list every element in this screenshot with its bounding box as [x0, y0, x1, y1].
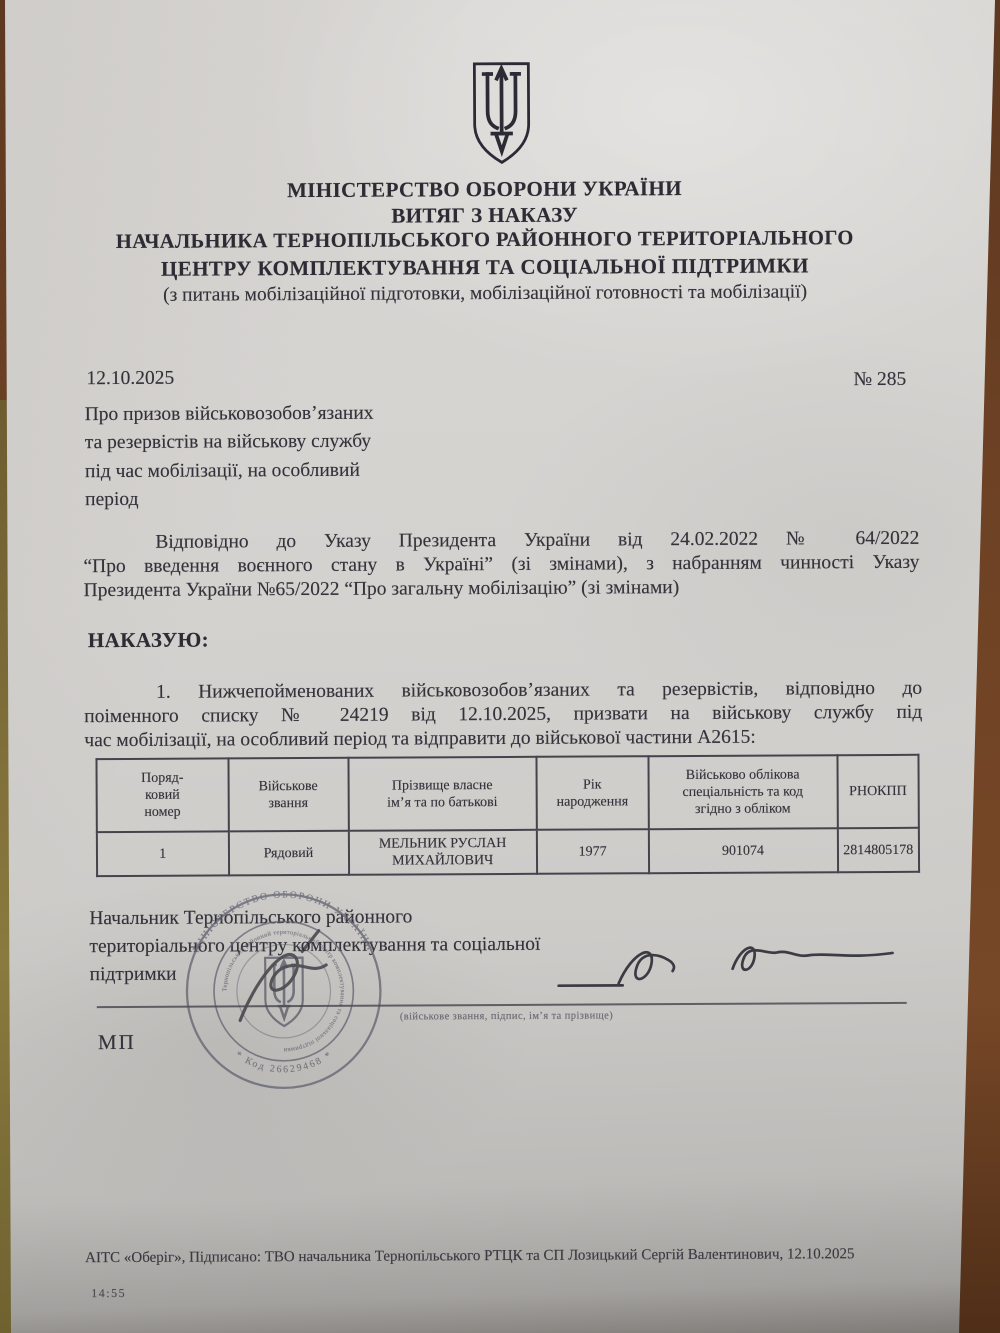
cell-birth-year: 1977 [537, 829, 649, 874]
authority-title-line2: ЦЕНТРУ КОМПЛЕКТУВАННЯ ТА СОЦІАЛЬНОЇ ПІДТ… [0, 253, 972, 283]
col-header-name: Прізвище власне ім’я та по батькові [348, 757, 537, 831]
col-header-specialty: Військово облікова спеціальність та код … [648, 755, 837, 829]
subject-line: та резервістів на військову службу [85, 428, 455, 458]
preamble-line: Президента України №65/2022 “Про загальн… [84, 574, 920, 602]
subject-line: під час мобілізації, на особливий [85, 456, 455, 486]
cell-rank: Рядовий [228, 831, 348, 876]
subject-block: Про призов військовозобов’язаних та резе… [85, 399, 456, 515]
item1-line: поіменного списку № 24219 від 12.10.2025… [84, 701, 922, 729]
doc-type-title: ВИТЯГ З НАКАЗУ [0, 201, 972, 231]
authority-title-line1: НАЧАЛЬНИКА ТЕРНОПІЛЬСЬКОГО РАЙОННОГО ТЕР… [0, 227, 972, 255]
col-header-rank: Військове звання [228, 758, 348, 832]
col-header-rnokpp: РНОКПП [837, 755, 919, 828]
preamble-line: “Про введення воєнного стану в Україні” … [83, 551, 919, 579]
ukraine-trident-emblem [468, 60, 536, 168]
item1-line: час мобілізації, на особливий період та … [84, 724, 922, 752]
round-seal-stamp: МІНІСТЕРСТВО ОБОРОНИ УКРАЇНИ * Код 26629… [179, 887, 388, 1096]
signature-scrawl [554, 938, 898, 1012]
order-word: НАКАЗУЮ: [88, 628, 209, 654]
order-extract-document: МІНІСТЕРСТВО ОБОРОНИ УКРАЇНИ ВИТЯГ З НАК… [0, 0, 1000, 1333]
seal-place-mark: МП [98, 1030, 136, 1055]
preamble-paragraph: Відповідно до Указу Президента України в… [83, 527, 919, 603]
order-number: № 285 [853, 369, 906, 391]
subject-line: період [85, 484, 455, 514]
col-header-birth-year: Рік народження [536, 756, 648, 830]
subject-line: Про призов військовозобов’язаних [85, 399, 455, 429]
trident-icon [468, 60, 536, 168]
signature-caption: (військове звання, підпис, ім’я та прізв… [400, 1010, 613, 1022]
conscripts-table: Поряд- ковий номер Військове звання Пріз… [95, 754, 920, 877]
document-photo: МІНІСТЕРСТВО ОБОРОНИ УКРАЇНИ ВИТЯГ З НАК… [0, 0, 1000, 1333]
scope-note: (з питань мобілізаційної підготовки, моб… [0, 281, 972, 308]
col-header-index: Поряд- ковий номер [96, 758, 228, 832]
ministry-title: МІНІСТЕРСТВО ОБОРОНИ УКРАЇНИ [0, 175, 972, 205]
cell-specialty: 901074 [648, 828, 837, 873]
table-header-row: Поряд- ковий номер Військове звання Пріз… [96, 755, 918, 832]
footer-signing-info: АІТС «Оберіг», Підписано: ТВО начальника… [85, 1246, 854, 1267]
handwritten-signatures [554, 938, 898, 1012]
cell-name: МЕЛЬНИК РУСЛАН МИХАЙЛОВИЧ [348, 830, 536, 875]
table-row: 1 Рядовий МЕЛЬНИК РУСЛАН МИХАЙЛОВИЧ 1977… [97, 828, 919, 876]
item1-paragraph: 1. Нижчепойменованих військовозобов’язан… [84, 677, 922, 753]
order-date: 12.10.2025 [86, 368, 174, 390]
seal-icon: МІНІСТЕРСТВО ОБОРОНИ УКРАЇНИ * Код 26629… [179, 887, 388, 1096]
footer-signing-time: 14:55 [91, 1286, 126, 1301]
cell-rnokpp: 2814805178 [837, 828, 919, 872]
cell-index: 1 [97, 831, 229, 876]
